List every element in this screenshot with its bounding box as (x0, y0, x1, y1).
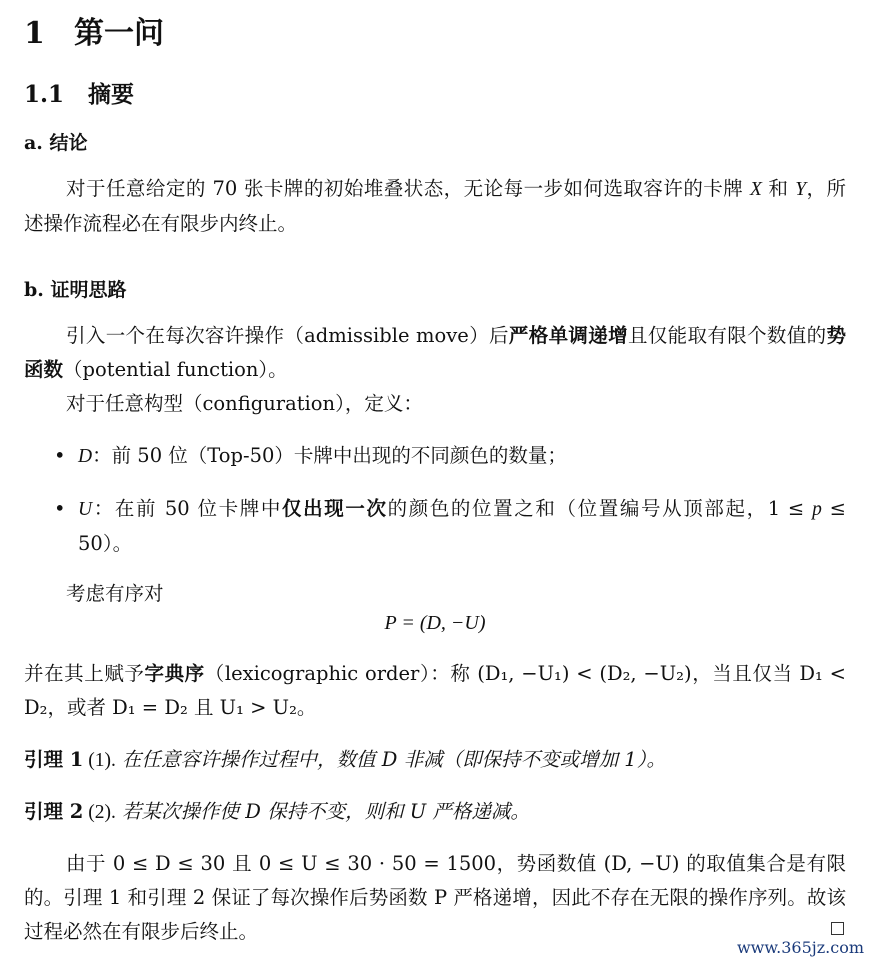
list-item-u: •U：在前 50 位卡牌中仅出现一次的颜色的位置之和（位置编号从顶部起，1 ≤ … (48, 492, 846, 561)
potential-intro-paragraph: 引入一个在每次容许操作（admissible move）后严格单调递增且仅能取有… (24, 319, 846, 387)
bullet-icon: • (54, 492, 66, 526)
lexicographic-paragraph: 并在其上赋予字典序（lexicographic order）：称 (D₁, −U… (24, 657, 846, 725)
lemma-body: 在任意容许操作过程中，数值 D 非减（即保持不变或增加 1）。 (116, 748, 666, 771)
section-title: 第一问 (74, 16, 164, 51)
lemma-2: 引理 2 (2). 若某次操作使 D 保持不变，则和 U 严格递减。 (24, 795, 846, 830)
lex-text: 并在其上赋予 (24, 662, 145, 685)
intro-text: 引入一个在每次容许操作（admissible move）后 (66, 324, 509, 347)
subsection-number: 1.1 (24, 81, 88, 108)
equation-p: P = (D, −U) (0, 612, 870, 635)
list-item-d: •D：前 50 位（Top-50）卡牌中出现的不同颜色的数量； (48, 439, 846, 474)
ordered-pair-intro: 考虑有序对 (24, 577, 846, 611)
conclusion-text: 和 (762, 177, 795, 200)
bullet-icon: • (54, 439, 66, 473)
intro-text: （potential function）。 (63, 358, 288, 381)
conclusion-heading: a. 结论 (24, 128, 88, 155)
lemma-body: 若某次操作使 D 保持不变，则和 U 严格递减。 (116, 800, 530, 823)
section-heading: 1第一问 (24, 8, 164, 52)
conclusion-text: 对于任意给定的 70 张卡牌的初始堆叠状态，无论每一步如何选取容许的卡牌 (66, 177, 750, 200)
lemma-label: 引理 2 (24, 800, 83, 823)
definition-text: ：在前 50 位卡牌中 (92, 497, 282, 520)
lemma-label: 引理 1 (24, 748, 83, 771)
var-d: D (78, 446, 92, 467)
subsection-heading: 1.1摘要 (24, 76, 134, 109)
watermark: www.365jz.com (737, 938, 864, 957)
conclusion-paragraph: 对于任意给定的 70 张卡牌的初始堆叠状态，无论每一步如何选取容许的卡牌 X 和… (24, 172, 846, 241)
var-x: X (750, 179, 762, 200)
subsection-title: 摘要 (88, 81, 134, 108)
lemma-number: (2). (83, 802, 116, 823)
proof-idea-heading: b. 证明思路 (24, 275, 127, 302)
var-y: Y (795, 179, 806, 200)
bold-term: 字典序 (145, 662, 205, 685)
section-number: 1 (24, 16, 74, 51)
definition-text: ：前 50 位（Top-50）卡牌中出现的不同颜色的数量； (92, 444, 567, 467)
bold-term: 仅出现一次 (282, 497, 388, 520)
var-p: p (812, 499, 822, 520)
intro-text: 且仅能取有限个数值的 (628, 324, 826, 347)
qed-icon (831, 922, 844, 935)
definition-list: •D：前 50 位（Top-50）卡牌中出现的不同颜色的数量； •U：在前 50… (48, 439, 846, 561)
definition-intro: 对于任意构型（configuration），定义： (24, 387, 846, 421)
conclusion-proof-paragraph: 由于 0 ≤ D ≤ 30 且 0 ≤ U ≤ 30 · 50 = 1500，势… (24, 847, 846, 949)
lemma-number: (1). (83, 750, 116, 771)
bold-term: 严格单调递增 (509, 324, 628, 347)
definition-text: 的颜色的位置之和（位置编号从顶部起，1 ≤ (388, 497, 813, 520)
lemma-1: 引理 1 (1). 在任意容许操作过程中，数值 D 非减（即保持不变或增加 1）… (24, 743, 846, 778)
var-u: U (78, 499, 92, 520)
